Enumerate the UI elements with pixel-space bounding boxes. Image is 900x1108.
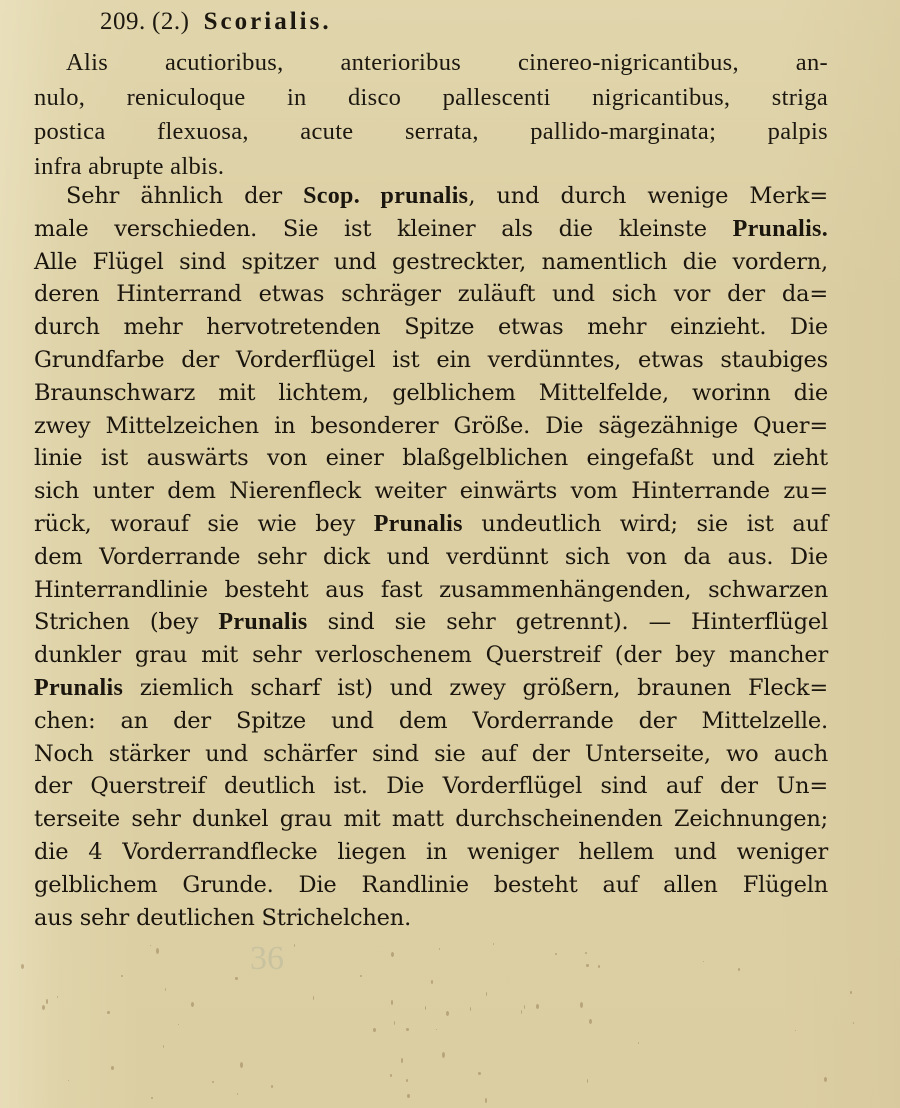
text-run: die 4 Vorderrandflecke liegen in weniger… bbox=[34, 839, 828, 865]
german-line: Prunalis ziemlich scharf ist) und zwey g… bbox=[34, 672, 828, 705]
paper-speck bbox=[598, 965, 600, 968]
paper-speck bbox=[107, 1011, 110, 1014]
paper-speck bbox=[212, 1081, 214, 1083]
german-line: die 4 Vorderrandflecke liegen in weniger… bbox=[34, 836, 828, 869]
species-name: Scorialis. bbox=[204, 8, 332, 35]
paper-speck bbox=[850, 991, 852, 994]
paper-speck bbox=[425, 1006, 426, 1010]
text-run: ziemlich scharf ist) und zwey größern, b… bbox=[123, 675, 828, 701]
german-line: gelblichem Grunde. Die Randlinie besteht… bbox=[34, 869, 828, 902]
german-line: dem Vorderrande sehr dick und verdünnt s… bbox=[34, 541, 828, 574]
paper-speck bbox=[406, 1028, 409, 1031]
text-run: aus sehr deutlichen Strichelchen. bbox=[34, 905, 411, 931]
book-page: 209. (2.) Scorialis. Alis acutioribus, a… bbox=[0, 0, 900, 1108]
text-run: male verschieden. Sie ist kleiner als di… bbox=[34, 216, 733, 242]
text-run: zwey Mittelzeichen in besonderer Größe. … bbox=[34, 413, 828, 439]
paper-speck bbox=[853, 1022, 854, 1024]
german-description: Sehr ähnlich der Scop. prunalis, und dur… bbox=[34, 180, 828, 934]
paper-speck bbox=[360, 975, 362, 977]
entry-number: 209. bbox=[100, 8, 146, 35]
text-run: Braunschwarz mit lichtem, gelblichem Mit… bbox=[34, 380, 828, 406]
paper-speck bbox=[401, 1058, 403, 1063]
paper-speck bbox=[178, 1024, 179, 1025]
german-line: Braunschwarz mit lichtem, gelblichem Mit… bbox=[34, 377, 828, 410]
text-run: dunkler grau mit sehr verloschenem Quers… bbox=[34, 642, 828, 668]
latin-line: Alis acutioribus, anterioribus cinereo-n… bbox=[34, 46, 828, 81]
paper-speck bbox=[191, 1002, 194, 1007]
paper-speck bbox=[824, 1077, 827, 1082]
latin-diagnosis: Alis acutioribus, anterioribus cinereo-n… bbox=[34, 46, 828, 184]
text-run: gelblichem Grunde. Die Randlinie besteht… bbox=[34, 872, 828, 898]
text-run: , und durch wenige Merk= bbox=[468, 183, 828, 209]
paper-speck bbox=[589, 1019, 592, 1024]
latin-line: nulo, reniculoque in disco pallescenti n… bbox=[34, 81, 828, 116]
german-line: sich unter dem Nierenfleck weiter einwär… bbox=[34, 475, 828, 508]
entry-heading: 209. (2.) Scorialis. bbox=[100, 6, 332, 38]
paper-speck bbox=[46, 999, 48, 1004]
text-run: sind sie sehr getrennt). — Hinterflügel bbox=[308, 609, 829, 635]
paper-speck bbox=[587, 1079, 588, 1083]
german-line: Strichen (bey Prunalis sind sie sehr get… bbox=[34, 606, 828, 639]
text-run: Strichen (bey bbox=[34, 609, 218, 635]
text-run: dem Vorderrande sehr dick und verdünnt s… bbox=[34, 544, 828, 570]
paper-speck bbox=[478, 1072, 481, 1075]
paper-speck bbox=[738, 968, 740, 971]
paper-speck bbox=[521, 1010, 522, 1014]
paper-speck bbox=[150, 945, 151, 946]
text-run: chen: an der Spitze und dem Vorderrande … bbox=[34, 708, 828, 734]
paper-speck bbox=[271, 1085, 273, 1088]
paper-speck bbox=[156, 948, 159, 954]
paper-speck bbox=[240, 1062, 243, 1068]
paper-speck bbox=[151, 1097, 153, 1099]
text-run: undeutlich wird; sie ist auf bbox=[463, 511, 828, 537]
text-run: durch mehr hervotretenden Spitze etwas m… bbox=[34, 314, 828, 340]
paper-speck bbox=[407, 1094, 410, 1098]
text-run: sich unter dem Nierenfleck weiter einwär… bbox=[34, 478, 828, 504]
german-line: male verschieden. Sie ist kleiner als di… bbox=[34, 213, 828, 246]
paper-speck bbox=[536, 1004, 539, 1009]
latin-line: infra abrupte albis. bbox=[34, 150, 828, 185]
paper-speck bbox=[586, 964, 589, 967]
paper-speck bbox=[111, 1066, 114, 1070]
german-line: chen: an der Spitze und dem Vorderrande … bbox=[34, 705, 828, 738]
text-run: deren Hinterrand etwas schräger zuläuft … bbox=[34, 281, 828, 307]
paper-speck bbox=[406, 1079, 408, 1082]
paper-speck bbox=[638, 1042, 639, 1044]
paper-speck bbox=[391, 952, 394, 957]
text-run: Noch stärker und schärfer sind sie auf d… bbox=[34, 741, 828, 767]
paper-speck bbox=[580, 1002, 583, 1008]
german-line: Sehr ähnlich der Scop. prunalis, und dur… bbox=[34, 180, 828, 213]
paper-speck bbox=[235, 977, 238, 980]
paper-speck bbox=[485, 1098, 487, 1103]
paper-speck bbox=[294, 944, 295, 947]
german-line: deren Hinterrand etwas schräger zuläuft … bbox=[34, 278, 828, 311]
text-run: Hinterrandlinie besteht aus fast zusamme… bbox=[34, 577, 828, 603]
text-run: Alle Flügel sind spitzer und gestreckter… bbox=[34, 249, 828, 275]
entry-subnumber: (2.) bbox=[152, 8, 189, 35]
paper-speck bbox=[373, 1028, 376, 1032]
text-run: terseite sehr dunkel grau mit matt durch… bbox=[34, 806, 828, 832]
paper-speck bbox=[57, 996, 58, 998]
paper-speck bbox=[703, 961, 704, 962]
german-line: zwey Mittelzeichen in besonderer Größe. … bbox=[34, 410, 828, 443]
latin-line: postica flexuosa, acute serrata, pallido… bbox=[34, 115, 828, 150]
species-reference: Prunalis. bbox=[733, 216, 828, 242]
paper-speck bbox=[237, 1093, 238, 1095]
paper-speck bbox=[431, 980, 433, 984]
paper-speck bbox=[436, 1029, 437, 1030]
text-run: Sehr ähnlich der bbox=[66, 183, 303, 209]
paper-speck bbox=[394, 1021, 395, 1025]
paper-speck bbox=[585, 952, 587, 954]
paper-speck bbox=[470, 1007, 471, 1011]
german-line: terseite sehr dunkel grau mit matt durch… bbox=[34, 803, 828, 836]
german-line: rück, worauf sie wie bey Prunalis undeut… bbox=[34, 508, 828, 541]
paper-speck bbox=[390, 1074, 392, 1077]
german-line: dunkler grau mit sehr verloschenem Quers… bbox=[34, 639, 828, 672]
text-run: linie ist auswärts von einer blaßgelblic… bbox=[34, 445, 828, 471]
paper-speck bbox=[313, 996, 314, 1000]
text-run: Grundfarbe der Vorderflügel ist ein verd… bbox=[34, 347, 828, 373]
species-reference: Prunalis bbox=[218, 609, 307, 635]
paper-speck bbox=[163, 1045, 164, 1048]
paper-speck bbox=[42, 1005, 45, 1010]
german-line: Alle Flügel sind spitzer und gestreckter… bbox=[34, 246, 828, 279]
german-line: aus sehr deutlichen Strichelchen. bbox=[34, 902, 828, 935]
paper-speck bbox=[439, 948, 440, 950]
paper-speck bbox=[493, 943, 494, 945]
paper-speck bbox=[391, 1000, 393, 1005]
species-reference: Prunalis bbox=[374, 511, 463, 537]
text-run: der Querstreif deutlich ist. Die Vorderf… bbox=[34, 773, 828, 799]
paper-speck bbox=[486, 992, 487, 996]
species-reference: Prunalis bbox=[34, 675, 123, 701]
german-line: linie ist auswärts von einer blaßgelblic… bbox=[34, 442, 828, 475]
german-line: Noch stärker und schärfer sind sie auf d… bbox=[34, 738, 828, 771]
bleed-through-page-number: 36 bbox=[250, 940, 284, 978]
species-reference: Scop. prunalis bbox=[303, 183, 468, 209]
paper-speck bbox=[555, 953, 557, 955]
paper-speck bbox=[524, 1005, 525, 1009]
paper-speck bbox=[446, 1011, 449, 1016]
german-line: der Querstreif deutlich ist. Die Vorderf… bbox=[34, 770, 828, 803]
paper-speck bbox=[442, 1052, 445, 1058]
text-run: rück, worauf sie wie bey bbox=[34, 511, 374, 537]
german-line: durch mehr hervotretenden Spitze etwas m… bbox=[34, 311, 828, 344]
german-line: Hinterrandlinie besteht aus fast zusamme… bbox=[34, 574, 828, 607]
paper-speck bbox=[795, 1030, 796, 1031]
paper-speck bbox=[21, 964, 24, 969]
paper-speck bbox=[165, 988, 166, 991]
german-line: Grundfarbe der Vorderflügel ist ein verd… bbox=[34, 344, 828, 377]
paper-speck bbox=[121, 975, 123, 977]
paper-speck bbox=[68, 1080, 69, 1081]
